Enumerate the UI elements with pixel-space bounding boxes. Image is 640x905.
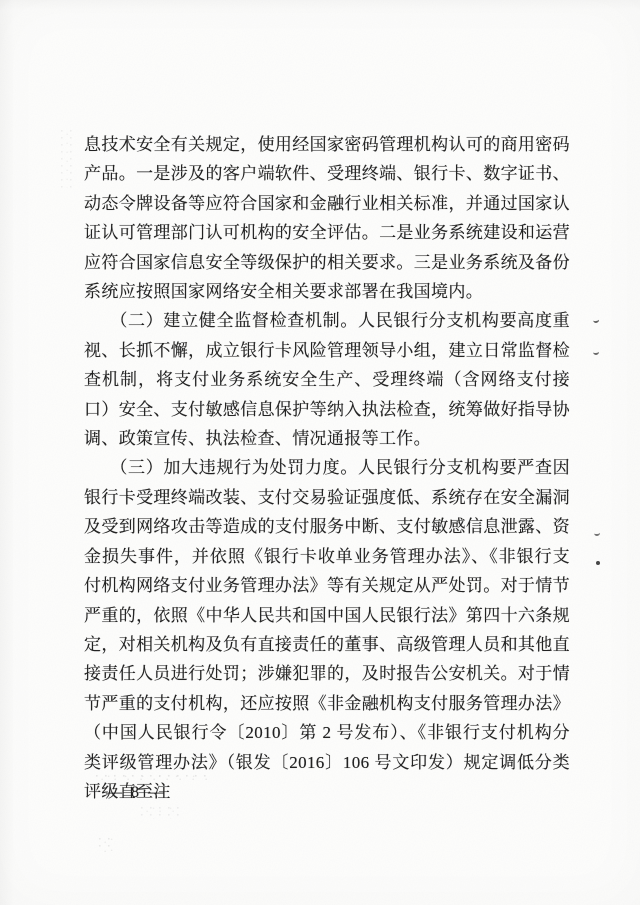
document-body: 息技术安全有关规定，使用经国家密码管理机构认可的商用密码产品。一是涉及的客户端软… [84, 130, 570, 806]
ink-speck [594, 530, 601, 537]
scan-smudge [98, 836, 116, 852]
ink-speck [596, 561, 600, 565]
ink-speck [593, 349, 600, 356]
body-paragraph-continuation: 息技术安全有关规定，使用经国家密码管理机构认可的商用密码产品。一是涉及的客户端软… [84, 130, 570, 306]
document-page: 息技术安全有关规定，使用经国家密码管理机构认可的商用密码产品。一是涉及的客户端软… [0, 0, 640, 905]
scan-smudge [140, 805, 185, 819]
body-paragraph-item-3: （三）加大违规行为处罚力度。人民银行分支机构要严查因银行卡受理终端改装、支付交易… [84, 453, 570, 806]
scan-smudge [60, 128, 72, 188]
body-paragraph-item-2: （二）建立健全监督检查机制。人民银行分支机构要高度重视、长抓不懈，成立银行卡风险… [84, 306, 570, 453]
page-number: — 8 — [106, 784, 167, 802]
ink-speck [593, 317, 600, 324]
